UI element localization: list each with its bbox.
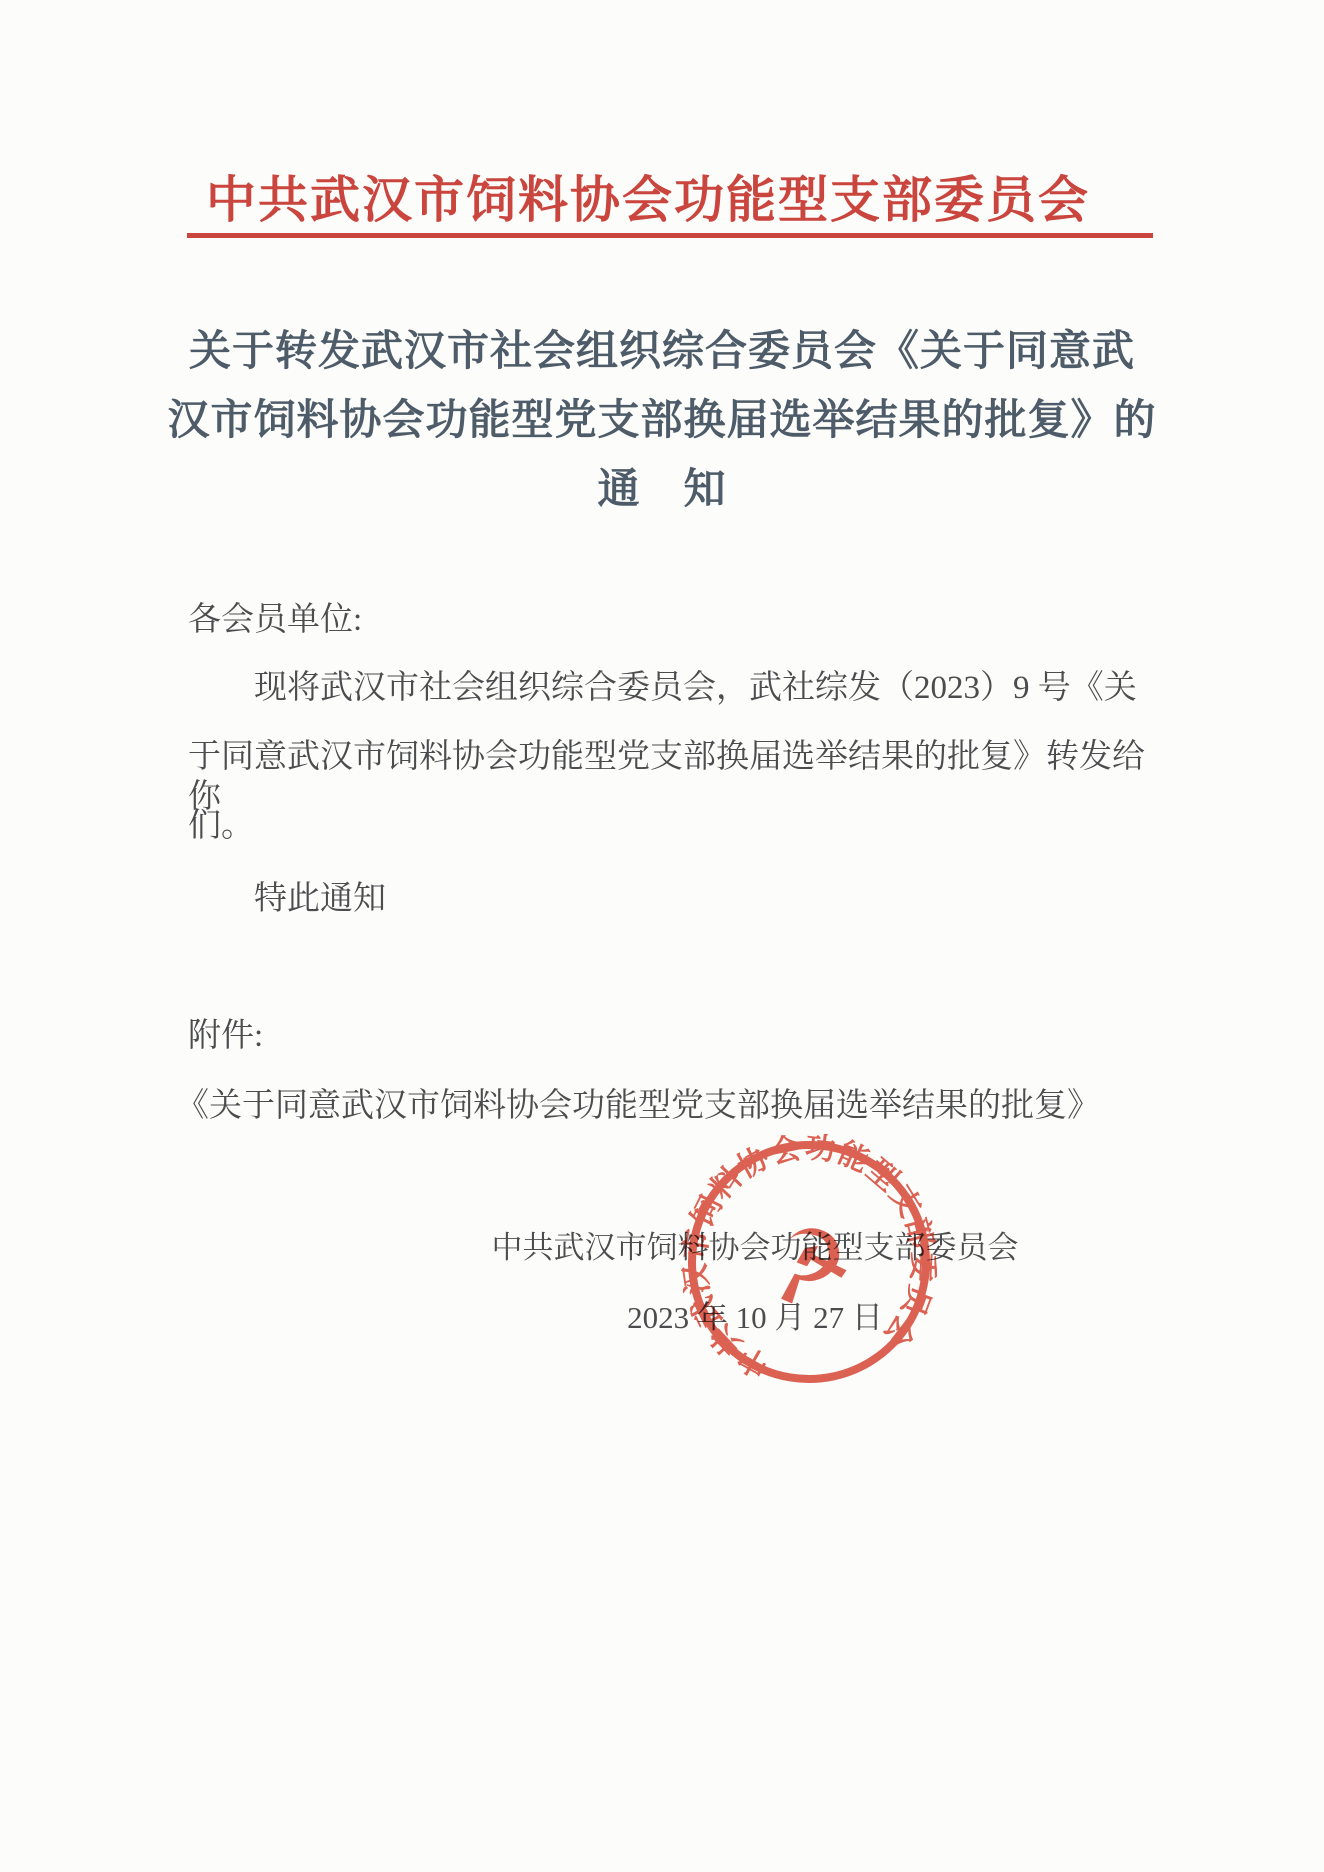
- body-paragraph-line: 现将武汉市社会组织综合委员会，武社综发（2023）9 号《关: [188, 668, 1156, 708]
- letterhead-divider-line: [187, 233, 1153, 238]
- body-paragraph-line: 们。: [188, 806, 1156, 846]
- document-title-line3: 通 知: [0, 454, 1324, 523]
- document-title: 关于转发武汉市社会组织综合委员会《关于同意武 汉市饲料协会功能型党支部换届选举结…: [0, 316, 1324, 523]
- closing-phrase: 特此通知: [188, 879, 1156, 919]
- attachment-title: 《关于同意武汉市饲料协会功能型党支部换届选举结果的批复》: [176, 1086, 1144, 1126]
- attachment-label: 附件:: [188, 1016, 1156, 1056]
- body-paragraph-line: 于同意武汉市饲料协会功能型党支部换届选举结果的批复》转发给你: [188, 737, 1156, 817]
- document-page: 中共武汉市饲料协会功能型支部委员会 关于转发武汉市社会组织综合委员会《关于同意武…: [0, 0, 1324, 1872]
- document-title-line2: 汉市饲料协会功能型党支部换届选举结果的批复》的: [0, 385, 1324, 454]
- letterhead-org-title: 中共武汉市饲料协会功能型支部委员会: [0, 160, 1296, 232]
- signature-org-name: 中共武汉市饲料协会功能型支部委员会: [400, 1222, 1110, 1267]
- document-title-line1: 关于转发武汉市社会组织综合委员会《关于同意武: [0, 316, 1324, 385]
- signature-date: 2023 年 10 月 27 日: [400, 1292, 1110, 1337]
- salutation: 各会员单位:: [188, 600, 1156, 640]
